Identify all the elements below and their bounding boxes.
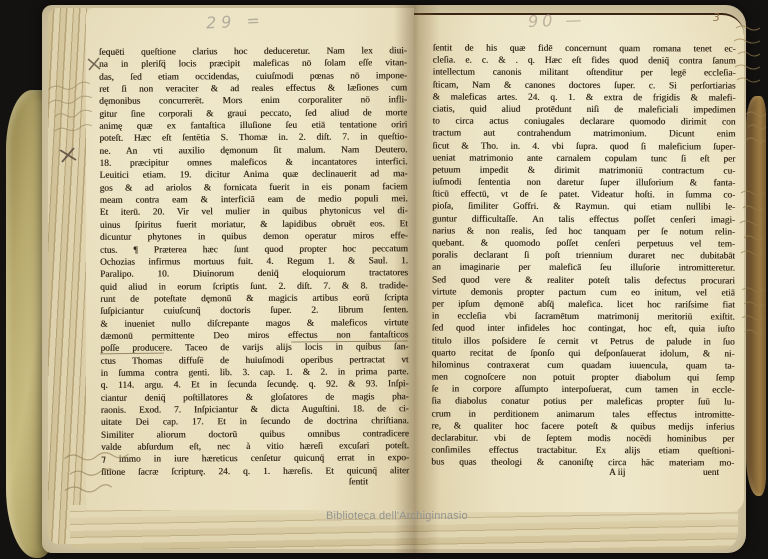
text-line: ciatis, quid aliud protēdunt niſi de mal…: [432, 103, 735, 116]
handwritten-folio-number: 3: [713, 11, 720, 24]
right-page-text: ſentit de his quæ fidē concernunt quam r…: [431, 42, 735, 470]
handwritten-page-number-left: 29 =: [206, 10, 266, 32]
text-line: Paralipo. 10. Diuinorum deniq̈ eloquioru…: [100, 267, 408, 281]
left-page-text: ſequēti queſtione clarius hoc deduceretu…: [99, 45, 409, 479]
text-line: men cognoſcere non potuit propter diabol…: [432, 372, 735, 385]
text-line: virtute demonis propter pactum cum eo in…: [432, 286, 735, 299]
text-line: petuum impedit & dirimit matrimoniū cont…: [432, 164, 735, 177]
text-line: ueniat matrimonio ante carnalem copulam …: [432, 152, 735, 165]
text-line: quarto recitat de ſponſo qui deſponſauer…: [432, 347, 735, 360]
text-line: re, & qualiter hoc facere poteſt & quibu…: [431, 420, 734, 433]
text-line: ⁊ immo in iure hæreticus cenſetur quicun…: [101, 453, 409, 467]
text-line: in eccleſia vbi ſacramētum matrimonij me…: [432, 311, 735, 324]
text-line: tractum aut contrahendum matrimonium. Di…: [432, 128, 735, 141]
signature-mark: A iij: [609, 468, 625, 478]
text-line: ſticū effectū, vt de ſe patet. Videatur …: [432, 189, 735, 202]
text-line: dicuntur phytones in quibus demon operat…: [100, 230, 408, 244]
text-line: cleſia. e. c. & . q. Hæc eſt fides quod …: [433, 55, 736, 68]
left-page-catchword: ſentit: [100, 477, 368, 488]
text-line: ſed quod inter infideles hoc contingat, …: [432, 323, 735, 336]
right-page-catchword: uent: [703, 468, 719, 478]
right-page-signature-line: A iij uent: [432, 468, 727, 478]
text-line: uitate Dei cap. 17. Et in ſecundo de doc…: [101, 416, 409, 430]
text-line: titulo illos poſsidere ſe cernit vt Petr…: [432, 335, 735, 348]
parchment-cover-right-edge: [746, 96, 766, 496]
text-line: per ipſum dęmonē abſq̈ malefica. licet h…: [432, 298, 735, 311]
text-line: ſuſpiciantur cuiuſcunq̈ doctoris ſuper. …: [100, 304, 408, 318]
text-line: q. 114. argu. 4. Et in ſecunda ſecundę. …: [101, 378, 409, 392]
text-line: na in pleriſq̈ locis præcipit maleficas …: [99, 58, 407, 72]
text-line: conſimiles effectus tractabitur. Ex alij…: [431, 445, 734, 458]
text-line: ſticam, Nam & canones doctores ſuper. c.…: [433, 79, 736, 92]
text-line: ſe in corpore aſſumpto interpoſuerat, cu…: [432, 384, 735, 397]
text-line: hilominus contraxerat cum quadam iuuencu…: [432, 359, 735, 372]
text-line: declarabitur. vbi de ſeptem modis nocēdi…: [431, 432, 734, 445]
library-watermark-caption: Biblioteca dell'Archiginnasio: [326, 510, 468, 522]
text-line: quebant. & quomodo poſſet cenſeri perpet…: [432, 237, 735, 250]
text-line: narius & non realis, ſed hoc tanquam per…: [432, 225, 735, 238]
text-line: an imaginarie per maleficā ſeu illuſorie…: [432, 262, 735, 275]
handwritten-page-number-right: 90 —: [528, 10, 586, 31]
text-line: intellectum canonis militant oſtenditur …: [433, 67, 736, 80]
text-line: crum in perditionem animarum tales effec…: [431, 408, 734, 421]
text-line: ſicut & Tho. in. 4. vbi ſupra. quod ſi m…: [432, 140, 735, 153]
book-photograph: 29 = 90 — 3 ſequēti queſtione clarius ho…: [0, 0, 768, 559]
text-line: poralis declarant ſi poſt triennium dura…: [432, 250, 735, 263]
text-line: pioſa, ſimiliter Goffri. & Raymun. qui e…: [432, 201, 735, 214]
text-line: Sed quod vere & realiter poteſt talis de…: [432, 274, 735, 287]
text-line: guntur difficultaſſe. An talis effectus …: [432, 213, 735, 226]
text-line: ſentit de his quæ fidē concernunt quam r…: [433, 42, 736, 55]
text-line: ſia diabolus conatur potius per malefica…: [431, 396, 734, 409]
text-line: & maleficas artes. 24. q. 1. & extra de …: [433, 91, 736, 104]
text-line: to circa actus coniugales declarare quom…: [432, 116, 735, 129]
text-line: iuſmodi ſententia non daretur ſuper illu…: [432, 177, 735, 190]
